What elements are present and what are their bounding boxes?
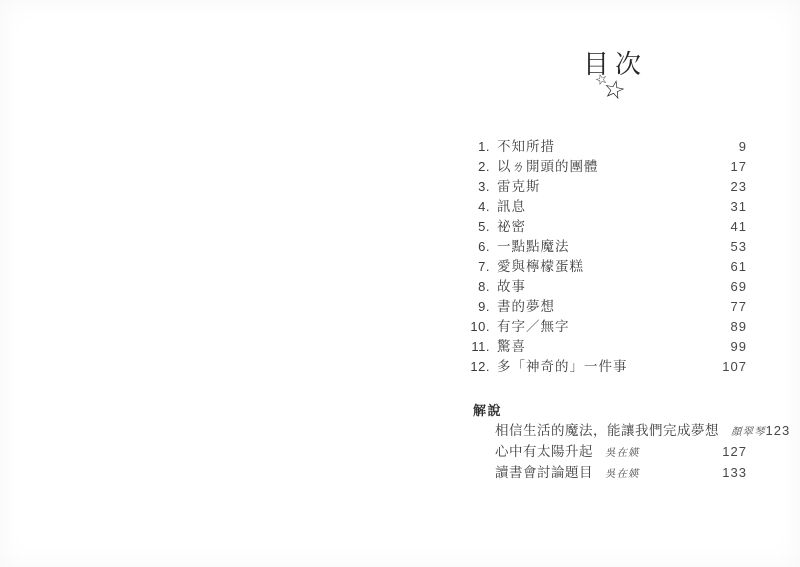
chapter-title: 故事	[497, 277, 526, 297]
chapter-title: 書的夢想	[497, 297, 555, 317]
note-author: 顏翠琴	[731, 422, 766, 443]
chapter-number: 10.	[456, 317, 490, 337]
table-of-contents: 1. 不知所措 9 2. 以ㄌ開頭的團體 17 3. 雷克斯 23 4. 訊息 …	[456, 137, 747, 377]
large-star-icon: ☆	[601, 76, 628, 105]
chapter-title: 祕密	[497, 217, 526, 237]
toc-entry-7: 7. 愛與檸檬蛋糕 61	[456, 257, 747, 277]
toc-entry-6: 6. 一點點魔法 53	[456, 237, 747, 257]
chapter-title: 雷克斯	[497, 177, 541, 197]
chapter-number: 11.	[456, 337, 490, 357]
chapter-number: 12.	[456, 357, 490, 377]
chapter-page-number: 53	[731, 237, 747, 257]
chapter-title: 一點點魔法	[497, 237, 570, 257]
chapter-page-number: 77	[731, 297, 747, 317]
chapter-page-number: 99	[731, 337, 747, 357]
toc-entry-2: 2. 以ㄌ開頭的團體 17	[456, 157, 747, 177]
note-page-number: 133	[722, 462, 747, 483]
note-author: 吳在媖	[605, 464, 640, 485]
toc-entry-4: 4. 訊息 31	[456, 197, 747, 217]
chapter-page-number: 61	[731, 257, 747, 277]
chapter-title: 不知所措	[497, 137, 555, 157]
chapter-title: 有字／無字	[497, 317, 570, 337]
toc-entry-11: 11. 驚喜 99	[456, 337, 747, 357]
book-page: 目次 ☆ ☆ 1. 不知所措 9 2. 以ㄌ開頭的團體 17 3. 雷克斯 23…	[0, 0, 800, 567]
note-title: 相信生活的魔法，能讓我們完成夢想	[495, 420, 719, 441]
chapter-number: 9.	[456, 297, 490, 317]
note-entry-1: 相信生活的魔法，能讓我們完成夢想 顏翠琴 123	[495, 420, 747, 441]
chapter-title: 驚喜	[497, 337, 526, 357]
chapter-title: 多「神奇的」一件事	[497, 357, 628, 377]
toc-entry-12: 12. 多「神奇的」一件事 107	[456, 357, 747, 377]
chapter-number: 5.	[456, 217, 490, 237]
chapter-number: 8.	[456, 277, 490, 297]
chapter-page-number: 17	[731, 157, 747, 177]
toc-entry-8: 8. 故事 69	[456, 277, 747, 297]
note-entry-2: 心中有太陽升起 吳在媖 127	[495, 441, 747, 462]
chapter-number: 3.	[456, 177, 490, 197]
chapter-number: 1.	[456, 137, 490, 157]
chapter-title: 愛與檸檬蛋糕	[497, 257, 584, 277]
chapter-number: 7.	[456, 257, 490, 277]
chapter-page-number: 89	[731, 317, 747, 337]
chapter-page-number: 9	[739, 137, 747, 157]
note-title: 讀書會討論題目	[495, 462, 593, 483]
chapter-number: 4.	[456, 197, 490, 217]
note-page-number: 127	[722, 441, 747, 462]
toc-entry-3: 3. 雷克斯 23	[456, 177, 747, 197]
chapter-number: 2.	[456, 157, 490, 177]
chapter-title: 以ㄌ開頭的團體	[497, 157, 599, 177]
chapter-page-number: 23	[731, 177, 747, 197]
note-entry-3: 讀書會討論題目 吳在媖 133	[495, 462, 747, 483]
notes-section-heading: 解說	[473, 400, 502, 419]
note-title: 心中有太陽升起	[495, 441, 593, 462]
toc-entry-5: 5. 祕密 41	[456, 217, 747, 237]
notes-section: 相信生活的魔法，能讓我們完成夢想 顏翠琴 123 心中有太陽升起 吳在媖 127…	[495, 420, 747, 483]
chapter-page-number: 69	[731, 277, 747, 297]
toc-entry-10: 10. 有字／無字 89	[456, 317, 747, 337]
chapter-page-number: 31	[731, 197, 747, 217]
chapter-page-number: 41	[731, 217, 747, 237]
star-decoration: ☆ ☆	[592, 70, 642, 112]
chapter-title: 訊息	[497, 197, 526, 217]
chapter-page-number: 107	[722, 357, 747, 377]
chapter-number: 6.	[456, 237, 490, 257]
toc-entry-1: 1. 不知所措 9	[456, 137, 747, 157]
note-page-number: 123	[766, 420, 791, 441]
toc-entry-9: 9. 書的夢想 77	[456, 297, 747, 317]
note-author: 吳在媖	[605, 443, 640, 464]
